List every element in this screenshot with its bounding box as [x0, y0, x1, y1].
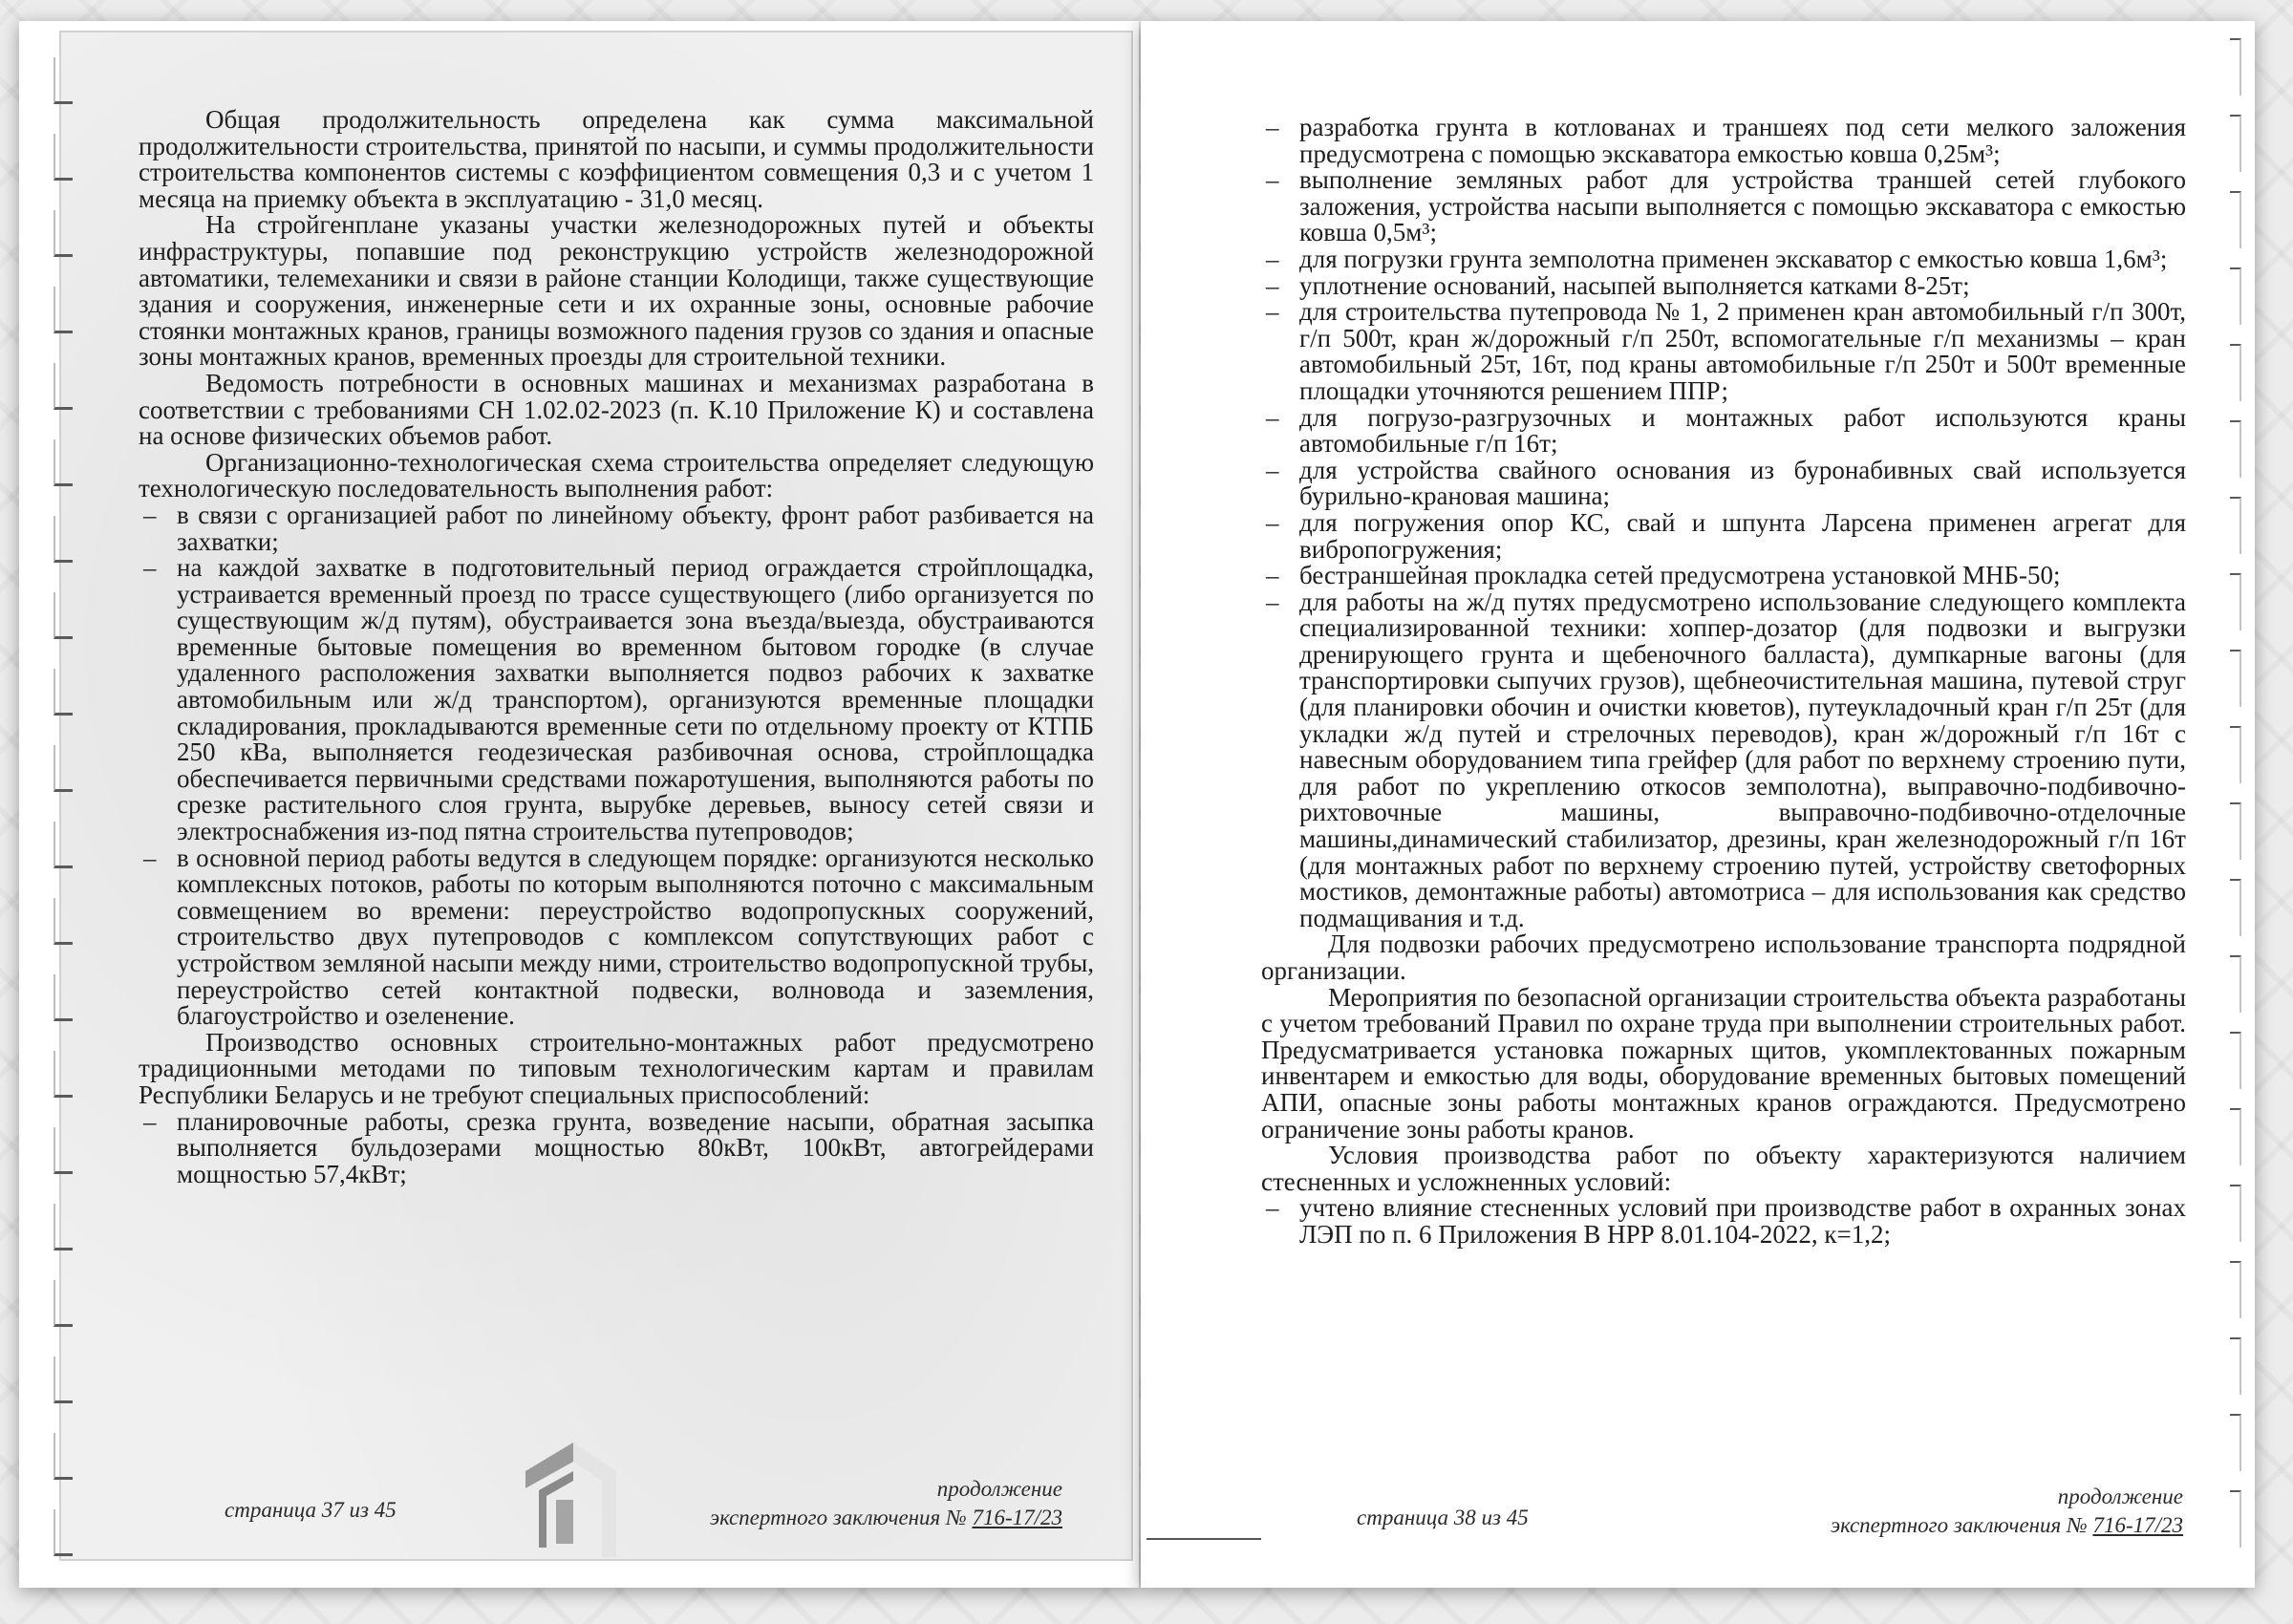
binding-mark	[2230, 879, 2241, 936]
binding-mark	[54, 974, 73, 1021]
paragraph: Организационно-технологическая схема стр…	[139, 450, 1094, 502]
binding-mark	[2230, 191, 2241, 248]
dash-bullet-icon: –	[1266, 246, 1279, 273]
page-37-body: Общая продолжительность определена как с…	[139, 107, 1094, 1187]
dash-bullet-icon: –	[1266, 273, 1279, 300]
list-item: –уплотнение оснований, насыпей выполняет…	[1261, 273, 2186, 300]
binding-mark	[2230, 802, 2241, 860]
binding-mark	[54, 1509, 73, 1556]
binding-mark	[54, 134, 73, 181]
binding-mark	[54, 516, 73, 563]
binding-mark	[2230, 38, 2241, 96]
binding-mark	[2230, 1337, 2241, 1395]
page-edge-line	[1146, 1538, 1261, 1540]
binding-mark	[54, 363, 73, 410]
paragraph: На стройгенплане указаны участки железно…	[139, 212, 1094, 371]
document-page-38: –разработка грунта в котлованах и транше…	[1141, 21, 2255, 1588]
binding-mark	[2230, 1490, 2241, 1548]
page-38-body: –разработка грунта в котлованах и транше…	[1261, 115, 2186, 1249]
binding-mark	[2230, 650, 2241, 707]
continuation-note: продолжение экспертного заключения № 716…	[710, 1475, 1062, 1532]
dash-bullet-icon: –	[143, 502, 157, 529]
dash-bullet-icon: –	[1266, 167, 1279, 194]
dash-bullet-icon: –	[1266, 563, 1279, 589]
document-page-37: Общая продолжительность определена как с…	[19, 21, 1139, 1588]
list-item: –для погрузки грунта земполотна применен…	[1261, 246, 2186, 273]
continuation-note: продолжение экспертного заключения № 716…	[1831, 1483, 2183, 1540]
binding-mark	[54, 1433, 73, 1480]
list-item: –бестраншейная прокладка сетей предусмот…	[1261, 563, 2186, 589]
dash-bullet-icon: –	[1266, 1195, 1279, 1222]
paragraph: Мероприятия по безопасной организации ст…	[1261, 985, 2186, 1143]
paragraph: Условия производства работ по объекту ха…	[1261, 1143, 2186, 1195]
methods-list: –планировочные работы, срезка грунта, во…	[139, 1109, 1094, 1188]
binding-mark	[54, 210, 73, 257]
dash-bullet-icon: –	[1266, 115, 1279, 141]
conditions-list: –учтено влияние стесненных условий при п…	[1261, 1195, 2186, 1248]
paragraph: Производство основных строительно-монтаж…	[139, 1030, 1094, 1109]
binding-mark	[54, 1204, 73, 1250]
binding-mark	[2230, 1261, 2241, 1318]
binding-mark	[2230, 955, 2241, 1013]
doc-number-link: 716-17/23	[2092, 1513, 2183, 1537]
list-item: –для погрузо-разгрузочных и монтажных ра…	[1261, 405, 2186, 458]
binding-mark	[54, 1357, 73, 1403]
dash-bullet-icon: –	[1266, 299, 1279, 326]
binding-mark	[2230, 1032, 2241, 1089]
binding-mark	[54, 1051, 73, 1098]
dash-bullet-icon: –	[1266, 589, 1279, 616]
binding-mark	[54, 898, 73, 945]
binding-mark	[2230, 1185, 2241, 1242]
list-item: –планировочные работы, срезка грунта, во…	[139, 1109, 1094, 1188]
binding-mark	[54, 1280, 73, 1327]
binding-mark	[2230, 497, 2241, 554]
list-item: –на каждой захватке в подготовительный п…	[139, 555, 1094, 845]
list-item: –разработка грунта в котлованах и транше…	[1261, 115, 2186, 167]
binding-mark	[2230, 1108, 2241, 1165]
binding-mark	[2230, 420, 2241, 478]
list-item: –в связи с организацией работ по линейно…	[139, 502, 1094, 555]
binding-mark	[54, 1127, 73, 1174]
dash-bullet-icon: –	[1266, 405, 1279, 432]
dash-bullet-icon: –	[143, 845, 157, 872]
paragraph: Ведомость потребности в основных машинах…	[139, 371, 1094, 450]
list-item: –для работы на ж/д путях предусмотрено и…	[1261, 589, 2186, 932]
binding-mark	[54, 439, 73, 486]
list-item: –выполнение земляных работ для устройств…	[1261, 167, 2186, 246]
binding-mark	[54, 57, 73, 104]
list-item: –учтено влияние стесненных условий при п…	[1261, 1195, 2186, 1248]
binding-mark	[2230, 1414, 2241, 1471]
dash-bullet-icon: –	[143, 555, 157, 582]
page-number: страница 37 из 45	[225, 1498, 396, 1523]
page-number: страница 38 из 45	[1357, 1506, 1529, 1530]
company-logo-icon	[525, 1433, 631, 1557]
binding-mark	[2230, 573, 2241, 630]
binding-mark	[54, 669, 73, 716]
doc-number-link: 716-17/23	[972, 1506, 1062, 1529]
binding-mark	[54, 822, 73, 868]
binding-mark	[2230, 267, 2241, 325]
list-item: –в основной период работы ведутся в след…	[139, 845, 1094, 1030]
binding-mark	[2230, 115, 2241, 172]
list-item: –для строительства путепровода № 1, 2 пр…	[1261, 299, 2186, 404]
binding-mark	[54, 287, 73, 333]
binding-mark	[54, 592, 73, 639]
paragraph: Для подвозки рабочих предусмотрено испол…	[1261, 931, 2186, 984]
dash-bullet-icon: –	[143, 1109, 157, 1136]
list-item: –для погружения опор КС, свай и шпунта Л…	[1261, 510, 2186, 563]
work-sequence-list: –в связи с организацией работ по линейно…	[139, 502, 1094, 1030]
paragraph: Общая продолжительность определена как с…	[139, 107, 1094, 212]
binding-mark	[2230, 344, 2241, 401]
dash-bullet-icon: –	[1266, 510, 1279, 537]
dash-bullet-icon: –	[1266, 458, 1279, 484]
machinery-list: –разработка грунта в котлованах и транше…	[1261, 115, 2186, 931]
list-item: –для устройства свайного основания из бу…	[1261, 458, 2186, 510]
binding-mark	[2230, 726, 2241, 783]
binding-mark	[54, 745, 73, 792]
